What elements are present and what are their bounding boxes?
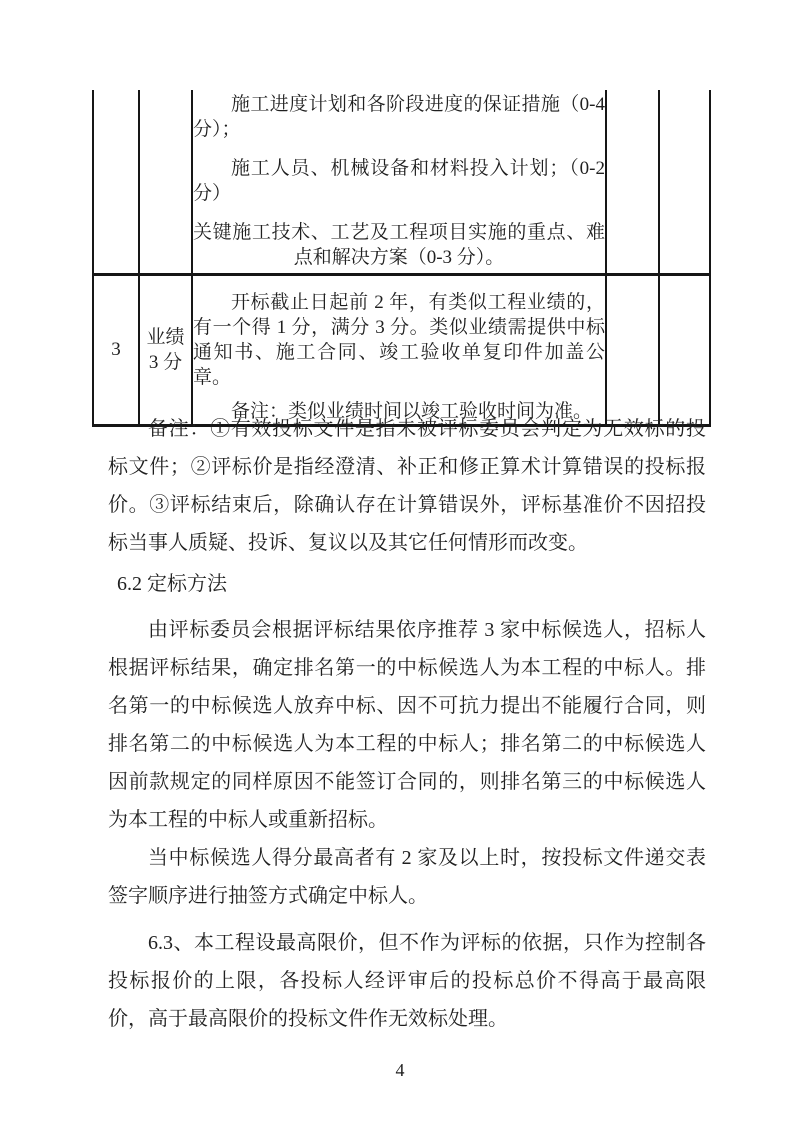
table-row-construction-plan: 施工进度计划和各阶段进度的保证措施（0-4 分）； 施工人员、机械设备和材料投入… <box>93 90 710 274</box>
section-6-2-heading: 6.2 定标方法 <box>108 565 706 603</box>
item-label-line2: 3 分 <box>140 350 191 375</box>
body-text: 备注：①有效投标文件是指未被评标委员会判定为无效标的投标文件；②评标价是指经澄清… <box>108 398 706 1038</box>
criteria-paragraph-resources: 施工人员、机械设备和材料投入计划；（0-2 分） <box>193 156 605 206</box>
page-number: 4 <box>0 1060 800 1081</box>
paragraph-price-cap: 6.3、本工程设最高限价，但不作为评标的依据，只作为控制各投标报价的上限，各投标… <box>108 924 706 1038</box>
score-cell-2 <box>659 90 710 274</box>
criteria-paragraph-performance: 开标截止日起前 2 年，有类似工程业绩的，有一个得 1 分，满分 3 分。类似业… <box>193 290 605 390</box>
score-cell-1 <box>606 90 659 274</box>
criteria-cell: 施工进度计划和各阶段进度的保证措施（0-4 分）； 施工人员、机械设备和材料投入… <box>192 90 606 274</box>
evaluation-scoring-table: 施工进度计划和各阶段进度的保证措施（0-4 分）； 施工人员、机械设备和材料投入… <box>92 90 711 427</box>
item-label-line1: 业绩 <box>140 325 191 350</box>
seq-cell <box>93 90 139 274</box>
document-page: 施工进度计划和各阶段进度的保证措施（0-4 分）； 施工人员、机械设备和材料投入… <box>0 0 800 1131</box>
paragraph-award-method: 由评标委员会根据评标结果依序推荐 3 家中标候选人，招标人根据评标结果，确定排名… <box>108 611 706 839</box>
criteria-paragraph-schedule: 施工进度计划和各阶段进度的保证措施（0-4 分）； <box>193 92 605 142</box>
criteria-paragraph-key-tech: 关键施工技术、工艺及工程项目实施的重点、难点和解决方案（0-3 分）。 <box>193 220 605 270</box>
item-cell <box>139 90 192 274</box>
paragraph-tie-break: 当中标候选人得分最高者有 2 家及以上时，按投标文件递交表签字顺序进行抽签方式确… <box>108 839 706 915</box>
note-paragraph: 备注：①有效投标文件是指未被评标委员会判定为无效标的投标文件；②评标价是指经澄清… <box>108 410 706 562</box>
